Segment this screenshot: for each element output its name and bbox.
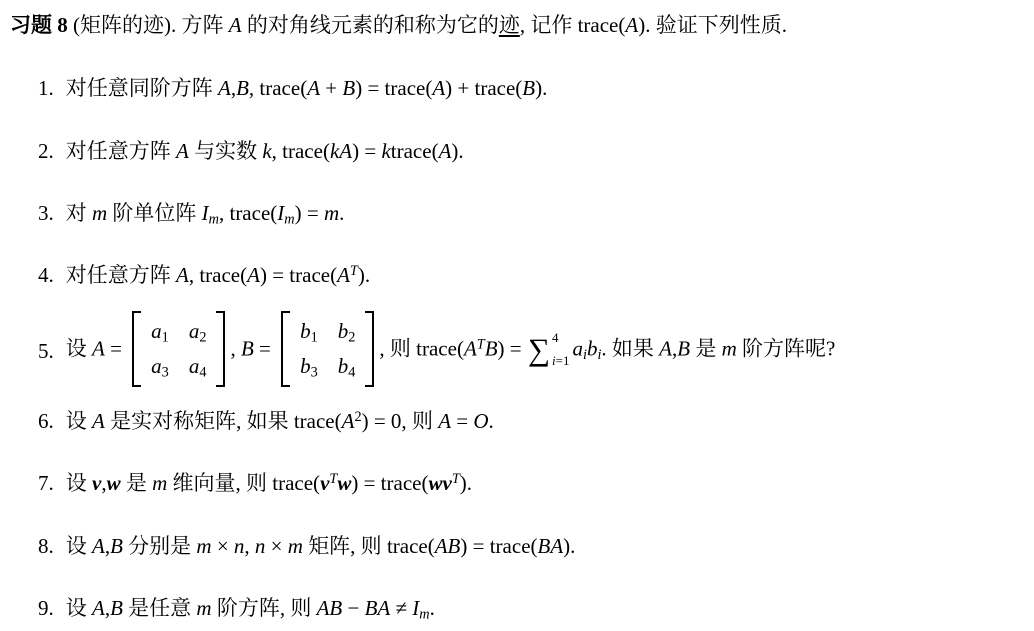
math-variable: A (92, 596, 105, 620)
math-variable: A (337, 263, 350, 287)
math-variable: A (92, 534, 105, 558)
math-roman: ) = trace( (351, 471, 428, 495)
chinese-text: 对任意方阵 (66, 139, 176, 163)
math-roman: ) = trace( (260, 263, 337, 287)
subscript: m (284, 211, 294, 227)
matrix-cell: b3 (300, 353, 318, 380)
matrix-entries: a1a2a3a4 (141, 311, 216, 387)
math-variable: m (324, 201, 339, 225)
matrix-entry-variable: b (338, 354, 349, 378)
math-roman: = (105, 337, 127, 361)
math-variable: A (92, 337, 105, 361)
chinese-text: 验证下列性质. (656, 13, 787, 37)
item-number: 3. (38, 200, 54, 227)
chinese-text: 记作 (530, 13, 577, 37)
math-variable: B (241, 337, 254, 361)
math-roman: , trace( (272, 139, 330, 163)
math-variable: AB (317, 596, 343, 620)
math-roman: ). (638, 13, 656, 37)
matrix-entries: b1b2b3b4 (290, 311, 365, 387)
item-number: 1. (38, 75, 54, 102)
sum-lower-limit: i=1 (552, 354, 569, 367)
summation: ∑4i=1 (528, 329, 570, 369)
math-variable: k (262, 139, 271, 163)
chinese-text: 对任意方阵 (66, 263, 176, 287)
math-roman: − (342, 596, 364, 620)
math-variable: A (218, 76, 231, 100)
matrix: a1a2a3a4 (132, 311, 225, 387)
chinese-text: 方阵 (182, 13, 229, 37)
exercise-item: 3.对 m 阶单位阵 Im, trace(Im) = m. (10, 200, 1026, 227)
math-roman: = (254, 337, 276, 361)
math-variable: A (247, 263, 260, 287)
matrix-entry-index: 4 (348, 364, 355, 380)
math-variable: AB (435, 534, 461, 558)
item-content: 对任意同阶方阵 A,B, trace(A + B) = trace(A) + t… (66, 75, 548, 102)
math-variable: A (176, 139, 189, 163)
math-roman: ) = trace( (460, 534, 537, 558)
math-variable: A (176, 263, 189, 287)
sum-limits: 4i=1 (552, 329, 569, 369)
math-variable: B (677, 337, 690, 361)
exercise-title: 习题 8 (矩阵的迹). 方阵 A 的对角线元素的和称为它的迹, 记作 trac… (10, 12, 1026, 39)
item-content: 对任意方阵 A, trace(A) = trace(AT). (66, 262, 370, 289)
math-variable: B (485, 337, 498, 361)
matrix-entry-variable: a (189, 354, 200, 378)
matrix-right-bracket (365, 311, 374, 387)
math-variable: B (342, 76, 355, 100)
matrix-entry-index: 2 (348, 330, 355, 346)
exercise-item: 4.对任意方阵 A, trace(A) = trace(AT). (10, 262, 1026, 289)
math-variable: B (110, 596, 123, 620)
math-vector: v (320, 471, 329, 495)
chinese-text: 矩阵的迹 (80, 13, 164, 37)
math-roman: . (601, 337, 612, 361)
math-roman: . (430, 596, 435, 620)
math-roman: ) = (295, 201, 324, 225)
math-roman: ≠ (390, 596, 412, 620)
math-variable: A (92, 409, 105, 433)
math-roman: ) + trace( (445, 76, 522, 100)
math-vector: v (92, 471, 101, 495)
math-variable: b (587, 337, 598, 361)
math-roman: ). (563, 534, 575, 558)
math-variable: m (152, 471, 167, 495)
math-roman: trace( (294, 409, 342, 433)
item-number: 6. (38, 408, 54, 435)
math-variable: A (307, 76, 320, 100)
math-roman: , trace( (219, 201, 277, 225)
math-roman: trace( (272, 471, 320, 495)
chinese-text: 则 (412, 409, 438, 433)
math-roman: ). (460, 471, 472, 495)
chinese-text: 是任意 (123, 596, 197, 620)
superscript: T (350, 263, 358, 279)
chinese-text: 设 (66, 409, 92, 433)
math-roman: , (230, 337, 241, 361)
matrix-left-bracket (132, 311, 141, 387)
chinese-text: 阶单位阵 (107, 201, 202, 225)
math-vector: w (428, 471, 442, 495)
math-variable: n (234, 534, 245, 558)
sum-upper-limit: 4 (552, 331, 569, 344)
exercise-item: 7.设 v,w 是 m 维向量, 则 trace(vTw) = trace(wv… (10, 470, 1026, 497)
math-roman: ). (164, 13, 182, 37)
math-vector: w (337, 471, 351, 495)
math-variable: m (722, 337, 737, 361)
matrix-cell: a3 (151, 353, 169, 380)
matrix: b1b2b3b4 (281, 311, 374, 387)
math-variable: B (110, 534, 123, 558)
chinese-text: 设 (66, 534, 92, 558)
math-variable: n (255, 534, 266, 558)
chinese-text: 设 (66, 596, 92, 620)
chinese-text: 矩阵, 则 (303, 534, 387, 558)
math-variable: O (473, 409, 488, 433)
exercise-item: 9.设 A,B 是任意 m 阶方阵, 则 AB − BA ≠ Im. (10, 595, 1026, 622)
matrix-entry-variable: b (300, 354, 311, 378)
matrix-entry-index: 2 (199, 330, 206, 346)
math-variable: A (439, 139, 452, 163)
chinese-text: 阶方阵呢? (737, 337, 836, 361)
matrix-entry-index: 1 (311, 330, 318, 346)
emphasized-term: 迹 (499, 13, 520, 37)
item-content: 对 m 阶单位阵 Im, trace(Im) = m. (66, 200, 345, 227)
math-variable: a (572, 337, 583, 361)
matrix-cell: a4 (189, 353, 207, 380)
matrix-entry-index: 1 (162, 330, 169, 346)
math-variable: m (196, 534, 211, 558)
math-variable: k (381, 139, 390, 163)
item-content: 设 A,B 分别是 m × n, n × m 矩阵, 则 trace(AB) =… (66, 533, 576, 560)
math-roman: ). (358, 263, 370, 287)
chinese-text: 与实数 (189, 139, 263, 163)
item-number: 8. (38, 533, 54, 560)
matrix-cell: b4 (338, 353, 356, 380)
chinese-text-bold: 习题 8 (10, 13, 68, 37)
math-roman: + (320, 76, 342, 100)
math-roman: , (379, 337, 390, 361)
item-content: 对任意方阵 A 与实数 k, trace(kA) = ktrace(A). (66, 138, 464, 165)
document-page: 习题 8 (矩阵的迹). 方阵 A 的对角线元素的和称为它的迹, 记作 trac… (0, 0, 1034, 631)
math-variable: kA (330, 139, 352, 163)
chinese-text: 分别是 (123, 534, 197, 558)
math-roman: trace( (391, 139, 439, 163)
chinese-text: 维向量, 则 (167, 471, 272, 495)
matrix-cell: b1 (300, 318, 318, 345)
exercise-item: 5.设 A = a1a2a3a4, B = b1b2b3b4, 则 trace(… (10, 313, 1026, 389)
math-roman: , (520, 13, 531, 37)
exercise-item: 2.对任意方阵 A 与实数 k, trace(kA) = ktrace(A). (10, 138, 1026, 165)
matrix-entry-variable: a (151, 319, 162, 343)
item-number: 5. (38, 338, 54, 365)
math-variable: A (625, 13, 638, 37)
item-number: 4. (38, 262, 54, 289)
math-roman: × (212, 534, 234, 558)
item-content: 设 A = a1a2a3a4, B = b1b2b3b4, 则 trace(AT… (66, 313, 836, 389)
chinese-text: 是 (121, 471, 153, 495)
math-variable: A (438, 409, 451, 433)
math-roman: trace( (411, 337, 464, 361)
subscript: m (209, 211, 219, 227)
matrix-cell: a1 (151, 318, 169, 345)
math-variable: B (236, 76, 249, 100)
subscript: m (419, 607, 429, 623)
math-roman: × (265, 534, 287, 558)
math-roman: ) = 0, (362, 409, 412, 433)
math-variable: m (92, 201, 107, 225)
math-roman: ). (535, 76, 547, 100)
chinese-text: 设 (66, 337, 92, 361)
chinese-text: 阶方阵, 则 (212, 596, 317, 620)
matrix-entry-variable: b (338, 319, 349, 343)
matrix-cell: a2 (189, 318, 207, 345)
matrix-right-bracket (216, 311, 225, 387)
math-variable: A (464, 337, 477, 361)
math-variable: BA (538, 534, 564, 558)
chinese-text: 对 (66, 201, 92, 225)
chinese-text: 则 (390, 337, 411, 361)
math-variable: A (659, 337, 672, 361)
item-content: 设 v,w 是 m 维向量, 则 trace(vTw) = trace(wvT)… (66, 470, 472, 497)
math-roman: ). (451, 139, 463, 163)
math-roman: = (451, 409, 473, 433)
math-roman: ) = (498, 337, 527, 361)
math-variable: B (522, 76, 535, 100)
math-roman: ( (68, 13, 80, 37)
matrix-entry-index: 3 (162, 364, 169, 380)
exercise-list: 1.对任意同阶方阵 A,B, trace(A + B) = trace(A) +… (10, 75, 1026, 622)
math-variable: A (432, 76, 445, 100)
matrix-entry-variable: a (189, 319, 200, 343)
math-roman: . (339, 201, 344, 225)
math-roman: , trace( (189, 263, 247, 287)
math-roman: =1 (556, 353, 570, 368)
math-vector: v (442, 471, 451, 495)
superscript: T (477, 337, 485, 353)
exercise-item: 8.设 A,B 分别是 m × n, n × m 矩阵, 则 trace(AB)… (10, 533, 1026, 560)
item-number: 2. (38, 138, 54, 165)
item-number: 9. (38, 595, 54, 622)
math-roman: ) = (352, 139, 381, 163)
math-variable: A (229, 13, 242, 37)
item-content: 设 A 是实对称矩阵, 如果 trace(A2) = 0, 则 A = O. (66, 408, 494, 435)
math-roman: , trace( (249, 76, 307, 100)
matrix-entry-index: 3 (311, 364, 318, 380)
matrix-entry-variable: b (300, 319, 311, 343)
sigma-symbol: ∑ (528, 334, 550, 365)
chinese-text: 设 (66, 471, 92, 495)
matrix-left-bracket (281, 311, 290, 387)
math-variable: BA (365, 596, 391, 620)
math-roman: , (244, 534, 255, 558)
math-roman: ) = trace( (355, 76, 432, 100)
item-content: 设 A,B 是任意 m 阶方阵, 则 AB − BA ≠ Im. (66, 595, 435, 622)
item-number: 7. (38, 470, 54, 497)
math-roman: . (489, 409, 494, 433)
math-variable: m (288, 534, 303, 558)
math-vector: w (107, 471, 121, 495)
math-roman: trace( (578, 13, 626, 37)
exercise-item: 1.对任意同阶方阵 A,B, trace(A + B) = trace(A) +… (10, 75, 1026, 102)
matrix-entry-variable: a (151, 354, 162, 378)
chinese-text: 对任意同阶方阵 (66, 76, 218, 100)
math-variable: A (342, 409, 355, 433)
chinese-text: 是实对称矩阵, 如果 (105, 409, 294, 433)
matrix-cell: b2 (338, 318, 356, 345)
chinese-text: 是 (690, 337, 722, 361)
matrix-entry-index: 4 (199, 364, 206, 380)
superscript: T (452, 471, 460, 487)
superscript: 2 (354, 409, 361, 425)
chinese-text: 的对角线元素的和称为它的 (242, 13, 499, 37)
math-variable: I (202, 201, 209, 225)
math-roman: trace( (387, 534, 435, 558)
chinese-text: 如果 (612, 337, 659, 361)
exercise-item: 6.设 A 是实对称矩阵, 如果 trace(A2) = 0, 则 A = O. (10, 408, 1026, 435)
math-variable: m (196, 596, 211, 620)
